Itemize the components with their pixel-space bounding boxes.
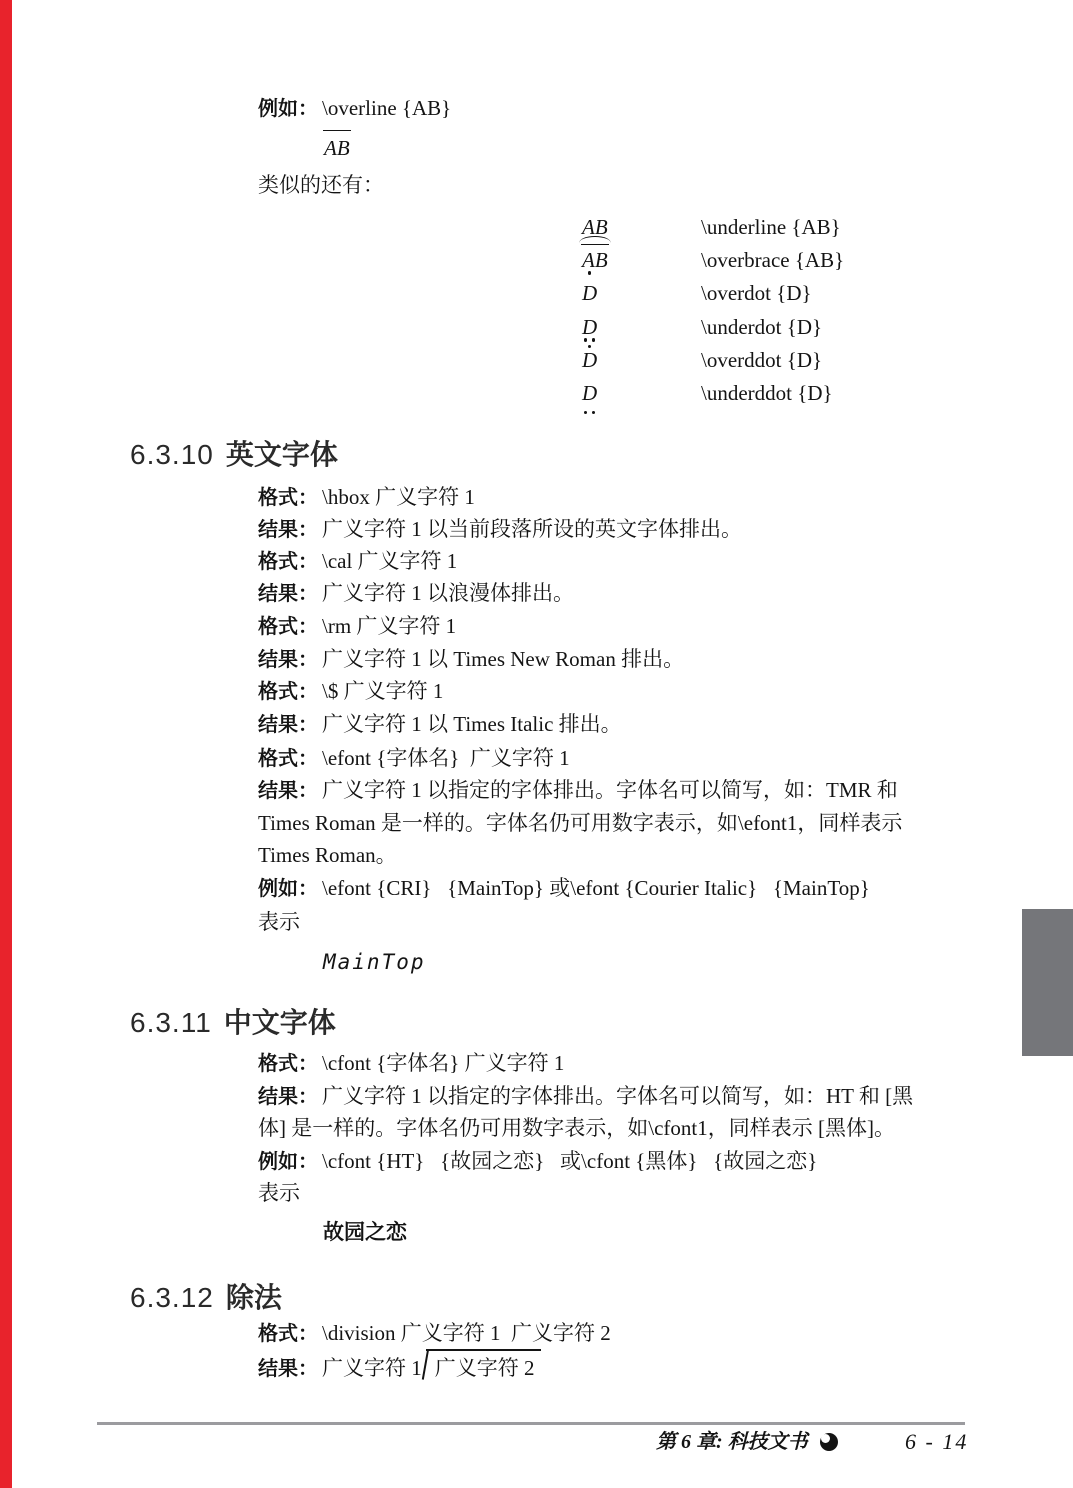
moon-circle-icon <box>820 1433 838 1451</box>
overddot-command: \overddot {D} <box>701 344 822 377</box>
overdot-command: \overdot {D} <box>701 277 812 310</box>
section-heading-chinese-fonts: 6.3.11中文字体 <box>130 1006 336 1040</box>
table-row: D\overdot {D} <box>258 277 275 310</box>
text-line: 表示 <box>258 906 300 939</box>
text-line: 格式：\rm 广义字符 1 <box>258 610 456 643</box>
example-line: 例如：\overline {AB} <box>258 92 451 125</box>
overline-sample: AB <box>323 132 351 165</box>
example-result-line: AB <box>323 132 351 165</box>
section-heading-english-fonts: 6.3.10英文字体 <box>130 438 338 472</box>
table-row: AB\overbrace {AB} <box>258 244 286 277</box>
overbrace-command: \overbrace {AB} <box>701 244 844 277</box>
text-line: 格式：\cal 广义字符 1 <box>258 545 457 578</box>
table-row: AB\underline {AB} <box>258 211 286 244</box>
document-page: 例如：\overline {AB} AB 类似的还有： AB\underline… <box>0 0 1073 1488</box>
text-line: 结果：广义字符 1 以指定的字体排出。字体名可以简写，如：HT 和 [黑 <box>258 1080 913 1113</box>
section-title: 除法 <box>226 1282 282 1313</box>
footer-page-number: 6 - 14 <box>905 1427 968 1457</box>
underline-command: \underline {AB} <box>701 211 841 244</box>
text-line: 格式：\division 广义字符 1 广义字符 2 <box>258 1317 611 1350</box>
text-line: 格式：\$ 广义字符 1 <box>258 675 443 708</box>
section-heading-division: 6.3.12除法 <box>130 1281 282 1315</box>
overdot-sample: D <box>581 277 598 310</box>
example-output-guyuan: 故园之恋 <box>323 1216 407 1249</box>
table-row: D\underddot {D} <box>258 377 275 410</box>
text-line: 格式：\efont {字体名} 广义字符 1 <box>258 742 570 775</box>
table-row: D\overddot {D} <box>258 344 275 377</box>
section-thumb-tab <box>1022 909 1073 1056</box>
section-number: 6.3.12 <box>130 1282 214 1313</box>
text-line: 格式：\hbox 广义字符 1 <box>258 481 475 514</box>
section-number: 6.3.10 <box>130 439 214 470</box>
section-number: 6.3.11 <box>130 1007 212 1038</box>
underddot-sample: D <box>581 377 598 410</box>
text-line: 例如：\cfont {HT} {故园之恋} 或\cfont {黑体} {故园之恋… <box>258 1145 817 1178</box>
text-line: 格式：\cfont {字体名} 广义字符 1 <box>258 1047 564 1080</box>
text-line: 体] 是一样的。字体名仍可用数字表示，如\cfont1，同样表示 [黑体]。 <box>258 1112 895 1145</box>
footer-rule <box>97 1422 965 1425</box>
division-result-line: 结果：广义字符 1广义字符 2 <box>258 1349 541 1382</box>
text-line: 例如：\efont {CRI} {MainTop} 或\efont {Couri… <box>258 872 870 905</box>
text-line: 表示 <box>258 1177 300 1210</box>
example-command: \overline {AB} <box>322 96 451 120</box>
underdot-command: \underdot {D} <box>701 311 822 344</box>
left-accent-bar <box>0 0 12 1488</box>
text-line: Times Roman 是一样的。字体名仍可用数字表示，如\efont1，同样表… <box>258 807 902 840</box>
similar-intro: 类似的还有： <box>258 169 384 202</box>
dividend: 广义字符 1 <box>322 1356 422 1380</box>
division-bracket: 广义字符 2 <box>426 1349 541 1385</box>
text-line: 结果：广义字符 1 以当前段落所设的英文字体排出。 <box>258 513 742 546</box>
section-title: 中文字体 <box>224 1007 336 1038</box>
text-line: 结果：广义字符 1 以 Times New Roman 排出。 <box>258 643 684 676</box>
example-output-maintop: MainTop <box>323 946 426 979</box>
overbrace-sample: AB <box>581 244 609 277</box>
text-line: 结果：广义字符 1 以 Times Italic 排出。 <box>258 708 622 741</box>
overddot-sample: D <box>581 344 598 377</box>
text-line: 结果：广义字符 1 以浪漫体排出。 <box>258 577 574 610</box>
footer-chapter-title: 第 6 章: 科技文书 <box>656 1427 808 1457</box>
table-row: D\underdot {D} <box>258 311 275 344</box>
underddot-command: \underddot {D} <box>701 377 833 410</box>
example-label: 例如： <box>258 93 322 126</box>
text-line: Times Roman。 <box>258 839 397 872</box>
text-line: 结果：广义字符 1 以指定的字体排出。字体名可以简写，如：TMR 和 <box>258 774 898 807</box>
section-title: 英文字体 <box>226 439 338 470</box>
